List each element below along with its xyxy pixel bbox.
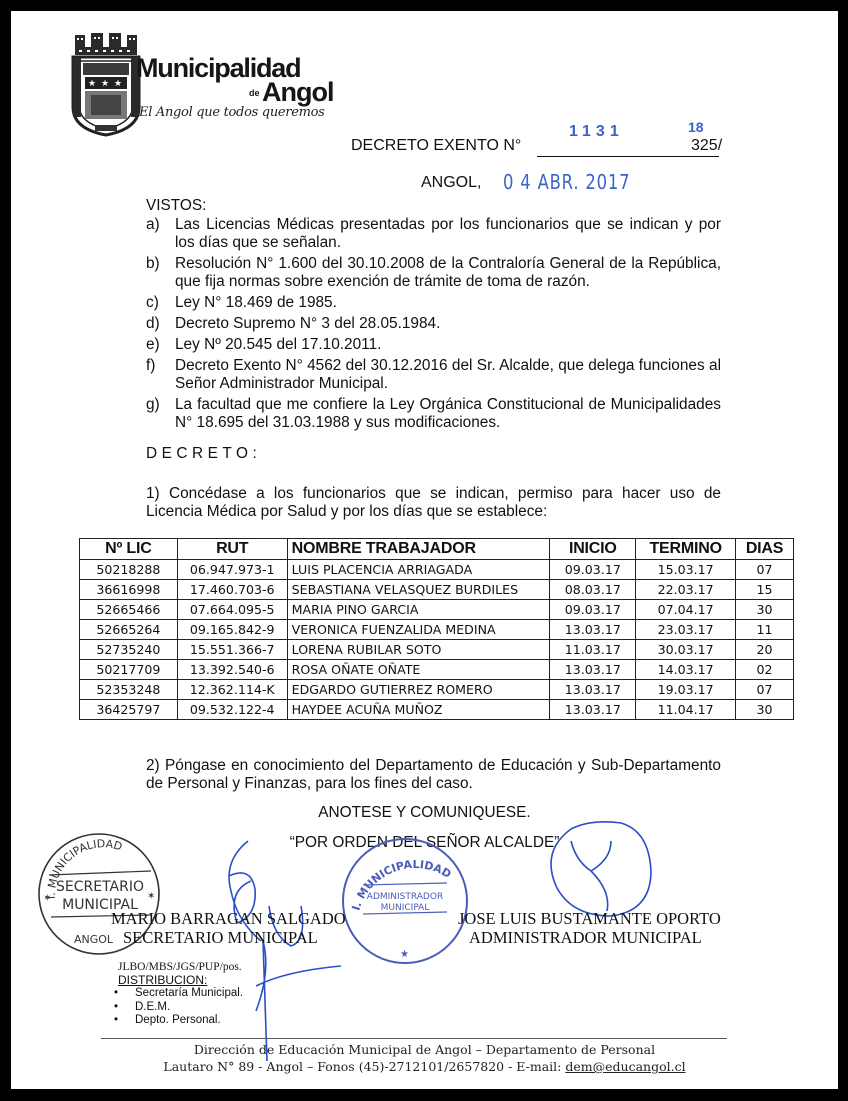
decree-number-stamp: 1131 — [569, 123, 624, 141]
cell-start: 11.03.17 — [550, 640, 636, 660]
vistos-item: g)La facultad que me confiere la Ley Org… — [146, 396, 721, 432]
footer-email-link[interactable]: dem@educangol.cl — [565, 1059, 685, 1074]
cell-end: 23.03.17 — [636, 620, 736, 640]
table-body: 5021828806.947.973-1LUIS PLACENCIA ARRIA… — [80, 560, 794, 720]
cell-end: 22.03.17 — [636, 580, 736, 600]
vistos-item: c)Ley N° 18.469 de 1985. — [146, 294, 721, 312]
footer-address: Lautaro N° 89 - Angol – Fonos (45)-27121… — [163, 1059, 565, 1074]
footer-line-1: Dirección de Educación Municipal de Ango… — [11, 1042, 838, 1057]
column-header-start: INICIO — [550, 539, 636, 560]
vistos-item: f)Decreto Exento N° 4562 del 30.12.2016 … — [146, 357, 721, 393]
initials: JLBO/MBS/JGS/PUP/pos. — [118, 961, 242, 973]
cell-days: 02 — [736, 660, 794, 680]
table-row: 3661699817.460.703-6SEBASTIANA VELASQUEZ… — [80, 580, 794, 600]
vistos-item: d)Decreto Supremo N° 3 del 28.05.1984. — [146, 315, 721, 333]
cell-start: 09.03.17 — [550, 600, 636, 620]
distribution-title: DISTRIBUCION: — [118, 973, 207, 987]
vistos-item-text: Ley N° 18.469 de 1985. — [175, 294, 337, 311]
stamp-center-middle1: ADMINISTRADOR — [367, 892, 443, 902]
column-header-license: Nº LIC — [80, 539, 178, 560]
cell-start: 13.03.17 — [550, 620, 636, 640]
logo-de: de — [249, 88, 260, 98]
table-header-row: Nº LIC RUT NOMBRE TRABAJADOR INICIO TERM… — [80, 539, 794, 560]
decreto-title: DECRETO: — [146, 445, 721, 463]
svg-text:✶: ✶ — [43, 893, 51, 904]
table-row: 5021770913.392.540-6ROSA OÑATE OÑATE13.0… — [80, 660, 794, 680]
table-row: 5266526409.165.842-9VERONICA FUENZALIDA … — [80, 620, 794, 640]
cell-days: 11 — [736, 620, 794, 640]
table-row: 5273524015.551.366-7LORENA RUBILAR SOTO1… — [80, 640, 794, 660]
place-label: ANGOL, — [421, 174, 481, 192]
footer-divider — [101, 1038, 727, 1039]
cell-rut: 09.165.842-9 — [177, 620, 287, 640]
logo-city: Angol — [262, 79, 333, 106]
vistos-item: a)Las Licencias Médicas presentadas por … — [146, 216, 721, 252]
cell-rut: 09.532.122-4 — [177, 700, 287, 720]
cell-start: 13.03.17 — [550, 660, 636, 680]
distribution-item: D.E.M. — [111, 1001, 243, 1015]
cell-license: 36425797 — [80, 700, 178, 720]
cell-license: 52665466 — [80, 600, 178, 620]
cell-name: SEBASTIANA VELASQUEZ BURDILES — [287, 580, 550, 600]
cell-rut: 06.947.973-1 — [177, 560, 287, 580]
vistos-item-text: Ley Nº 20.545 del 17.10.2011. — [175, 336, 381, 353]
distribution-list: Secretaría Municipal. D.E.M. Depto. Pers… — [111, 987, 243, 1028]
vistos-item-label: g) — [146, 396, 160, 414]
cell-days: 15 — [736, 580, 794, 600]
vistos-item: e)Ley Nº 20.545 del 17.10.2011. — [146, 336, 721, 354]
signature-right-role: ADMINISTRADOR MUNICIPAL — [469, 928, 702, 948]
cell-rut: 07.664.095-5 — [177, 600, 287, 620]
cell-license: 52665264 — [80, 620, 178, 640]
column-header-end: TERMINO — [636, 539, 736, 560]
decreto-point-2: 2) Póngase en conocimiento del Departame… — [146, 757, 721, 793]
cell-license: 36616998 — [80, 580, 178, 600]
distribution-item: Secretaría Municipal. — [111, 987, 243, 1001]
stamp-left-middle1: SECRETARIO — [56, 879, 144, 895]
cell-end: 07.04.17 — [636, 600, 736, 620]
table-row: 5235324812.362.114-KEDGARDO GUTIERREZ RO… — [80, 680, 794, 700]
vistos-item: b)Resolución N° 1.600 del 30.10.2008 de … — [146, 255, 721, 291]
cell-rut: 17.460.703-6 — [177, 580, 287, 600]
decreto-point-1: 1) Concédase a los funcionarios que se i… — [146, 485, 721, 521]
cell-start: 13.03.17 — [550, 680, 636, 700]
cell-name: ROSA OÑATE OÑATE — [287, 660, 550, 680]
cell-days: 30 — [736, 600, 794, 620]
decree-number-underline — [537, 156, 719, 157]
column-header-name: NOMBRE TRABAJADOR — [287, 539, 550, 560]
cell-name: MARIA PINO GARCIA — [287, 600, 550, 620]
table-row: 5266546607.664.095-5MARIA PINO GARCIA09.… — [80, 600, 794, 620]
column-header-rut: RUT — [177, 539, 287, 560]
svg-text:★: ★ — [88, 79, 96, 89]
municipal-crest-icon: ★★★ — [71, 33, 141, 137]
vistos-item-label: f) — [146, 357, 155, 375]
logo-slogan: El Angol que todos queremos — [139, 105, 325, 120]
table-row: 5021828806.947.973-1LUIS PLACENCIA ARRIA… — [80, 560, 794, 580]
decree-label: DECRETO EXENTO N° — [351, 137, 521, 155]
vistos-item-text: Decreto Exento N° 4562 del 30.12.2016 de… — [175, 357, 721, 392]
footer-line-2: Lautaro N° 89 - Angol – Fonos (45)-27121… — [11, 1059, 838, 1074]
stamp-left-bottom: ANGOL — [74, 933, 114, 946]
vistos-item-text: La facultad que me confiere la Ley Orgán… — [175, 396, 721, 431]
cell-end: 14.03.17 — [636, 660, 736, 680]
cell-start: 08.03.17 — [550, 580, 636, 600]
cell-rut: 15.551.366-7 — [177, 640, 287, 660]
svg-text:★: ★ — [114, 79, 122, 89]
vistos-item-label: c) — [146, 294, 159, 312]
vistos-item-label: d) — [146, 315, 160, 333]
cell-end: 11.04.17 — [636, 700, 736, 720]
decree-number-stamp-extra: 18 — [688, 119, 704, 135]
anotese-line: ANOTESE Y COMUNIQUESE. — [11, 804, 838, 822]
vistos-title: VISTOS: — [146, 197, 721, 215]
cell-license: 52353248 — [80, 680, 178, 700]
por-orden-line: “POR ORDEN DEL SEÑOR ALCALDE” — [11, 834, 838, 852]
cell-days: 07 — [736, 560, 794, 580]
document-page: ★★★ Municipalidad de Angol El Angol que … — [11, 11, 838, 1089]
date-stamp: 0 4 ABR. 2017 — [503, 170, 630, 194]
stamp-center-middle2: MUNICIPAL — [381, 903, 430, 913]
vistos-item-label: e) — [146, 336, 160, 354]
cell-name: LUIS PLACENCIA ARRIAGADA — [287, 560, 550, 580]
signature-left-name: MARIO BARRAGAN SALGADO — [111, 909, 346, 929]
cell-rut: 12.362.114-K — [177, 680, 287, 700]
signature-left-role: SECRETARIO MUNICIPAL — [123, 928, 318, 948]
cell-license: 50217709 — [80, 660, 178, 680]
svg-text:★: ★ — [101, 79, 109, 89]
vistos-item-label: a) — [146, 216, 160, 234]
vistos-item-text: Resolución N° 1.600 del 30.10.2008 de la… — [175, 255, 721, 290]
cell-name: HAYDEE ACUÑA MUÑOZ — [287, 700, 550, 720]
distribution-item: Depto. Personal. — [111, 1014, 243, 1028]
svg-text:✶: ✶ — [147, 891, 155, 902]
cell-start: 09.03.17 — [550, 560, 636, 580]
cell-license: 50218288 — [80, 560, 178, 580]
signature-left-icon — [229, 841, 341, 1061]
cell-license: 52735240 — [80, 640, 178, 660]
cell-name: LORENA RUBILAR SOTO — [287, 640, 550, 660]
cell-days: 20 — [736, 640, 794, 660]
cell-name: VERONICA FUENZALIDA MEDINA — [287, 620, 550, 640]
cell-days: 30 — [736, 700, 794, 720]
svg-text:★: ★ — [400, 949, 409, 960]
cell-end: 19.03.17 — [636, 680, 736, 700]
vistos-item-text: Decreto Supremo N° 3 del 28.05.1984. — [175, 315, 440, 332]
cell-days: 07 — [736, 680, 794, 700]
cell-end: 15.03.17 — [636, 560, 736, 580]
vistos-list: a)Las Licencias Médicas presentadas por … — [146, 216, 721, 435]
cell-end: 30.03.17 — [636, 640, 736, 660]
signature-right-name: JOSE LUIS BUSTAMANTE OPORTO — [458, 909, 721, 929]
decree-number-suffix: 325/ — [691, 137, 722, 155]
medical-leave-table: Nº LIC RUT NOMBRE TRABAJADOR INICIO TERM… — [79, 538, 794, 720]
cell-name: EDGARDO GUTIERREZ ROMERO — [287, 680, 550, 700]
cell-rut: 13.392.540-6 — [177, 660, 287, 680]
column-header-days: DIAS — [736, 539, 794, 560]
cell-start: 13.03.17 — [550, 700, 636, 720]
vistos-item-label: b) — [146, 255, 160, 273]
vistos-item-text: Las Licencias Médicas presentadas por lo… — [175, 216, 721, 251]
table-row: 3642579709.532.122-4HAYDEE ACUÑA MUÑOZ13… — [80, 700, 794, 720]
